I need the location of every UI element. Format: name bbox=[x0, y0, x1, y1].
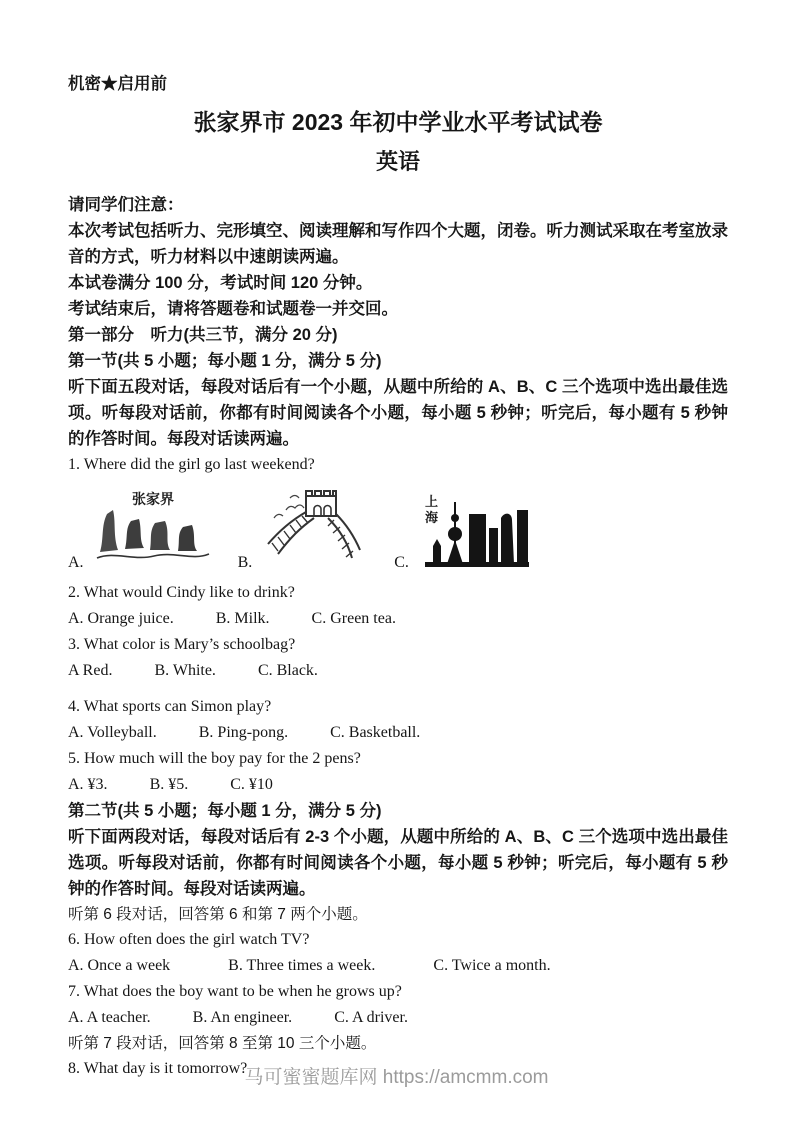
zhangjiajie-mountains-image: 张家界 bbox=[92, 488, 214, 572]
skyline-silhouette bbox=[425, 502, 529, 567]
question-6-text: 6. How often does the girl watch TV? bbox=[68, 927, 728, 953]
watermark-footer: 马可蜜蜜题库网 https://amcmm.com bbox=[0, 1062, 793, 1089]
option-a-figure: A. 张家界 bbox=[68, 488, 214, 572]
q7-option-c: C. A driver. bbox=[334, 1005, 408, 1031]
part1-heading: 第一部分 听力(共三节，满分 20 分) bbox=[68, 322, 728, 348]
q2-option-c: C. Green tea. bbox=[312, 606, 396, 632]
q6-option-b: B. Three times a week. bbox=[228, 953, 375, 979]
q5-option-a: A. ¥3. bbox=[68, 772, 108, 798]
page-content: 机密★启用前 张家界市 2023 年初中学业水平考试试卷 英语 请同学们注意： … bbox=[68, 70, 728, 1082]
option-a-caption: 张家界 bbox=[132, 491, 174, 507]
q4-option-b: B. Ping-pong. bbox=[199, 720, 288, 746]
option-a-label: A. bbox=[68, 554, 84, 572]
q3-option-b: B. White. bbox=[154, 658, 215, 684]
question-6-options: A. Once a weekB. Three times a week.C. T… bbox=[68, 953, 728, 979]
mountain-pillar-shape bbox=[125, 519, 144, 549]
option-c-figure: C. 上 海 bbox=[394, 488, 535, 572]
question-2-options: A. Orange juice.B. Milk.C. Green tea. bbox=[68, 606, 728, 632]
question-1-image-options: A. 张家界 B. bbox=[68, 484, 728, 572]
dialog-7-note: 听第 7 段对话，回答第 8 至第 10 三个小题。 bbox=[68, 1031, 728, 1056]
notice-paragraph-3: 考试结束后，请将答题卷和试题卷一并交回。 bbox=[68, 296, 728, 322]
q7-option-a: A. A teacher. bbox=[68, 1005, 151, 1031]
dialog-6-note: 听第 6 段对话，回答第 6 和第 7 两个小题。 bbox=[68, 902, 728, 927]
mountain-pillar-shape bbox=[178, 525, 197, 551]
secrecy-label: 机密★启用前 bbox=[68, 70, 728, 94]
wall-base-line-right bbox=[328, 518, 352, 558]
question-4-options: A. Volleyball.B. Ping-pong.C. Basketball… bbox=[68, 720, 728, 746]
option-b-figure: B. bbox=[238, 484, 371, 572]
question-1-text: 1. Where did the girl go last weekend? bbox=[68, 452, 728, 478]
q4-option-a: A. Volleyball. bbox=[68, 720, 157, 746]
q2-option-a: A. Orange juice. bbox=[68, 606, 174, 632]
option-b-label: B. bbox=[238, 554, 253, 572]
watchtower-arch bbox=[314, 506, 321, 517]
question-4-text: 4. What sports can Simon play? bbox=[68, 694, 728, 720]
shanghai-skyline-image: 上 海 bbox=[417, 488, 535, 572]
notice-paragraph-2: 本试卷满分 100 分，考试时间 120 分钟。 bbox=[68, 270, 728, 296]
section1-heading: 第一节(共 5 小题；每小题 1 分，满分 5 分) bbox=[68, 348, 728, 374]
section1-instructions: 听下面五段对话，每段对话后有一个小题，从题中所给的 A、B、C 三个选项中选出最… bbox=[68, 374, 728, 452]
q3-option-c: C. Black. bbox=[258, 658, 318, 684]
q6-option-c: C. Twice a month. bbox=[433, 953, 550, 979]
notice-heading: 请同学们注意： bbox=[68, 192, 728, 218]
question-5-options: A. ¥3.B. ¥5.C. ¥10 bbox=[68, 772, 728, 798]
section2-instructions: 听下面两段对话，每段对话后有 2-3 个小题，从题中所给的 A、B、C 三个选项… bbox=[68, 824, 728, 902]
option-c-label: C. bbox=[394, 554, 409, 572]
wall-base-line bbox=[278, 518, 314, 554]
notice-paragraph-1: 本次考试包括听力、完形填空、阅读理解和写作四个大题，闭卷。听力测试采取在考室放录… bbox=[68, 218, 728, 270]
mountain-pillar-shape bbox=[150, 521, 170, 550]
q2-option-b: B. Milk. bbox=[216, 606, 270, 632]
q4-option-c: C. Basketball. bbox=[330, 720, 420, 746]
question-7-options: A. A teacher.B. An engineer.C. A driver. bbox=[68, 1005, 728, 1031]
foliage-scribbles bbox=[274, 496, 304, 519]
q3-option-a: A Red. bbox=[68, 658, 112, 684]
option-c-caption-top: 上 bbox=[425, 494, 438, 509]
q7-option-b: B. An engineer. bbox=[193, 1005, 293, 1031]
question-7-text: 7. What does the boy want to be when he … bbox=[68, 979, 728, 1005]
q5-option-b: B. ¥5. bbox=[150, 772, 189, 798]
ground-line bbox=[97, 554, 209, 558]
subject-title: 英语 bbox=[68, 145, 728, 176]
page-title: 张家界市 2023 年初中学业水平考试试卷 bbox=[68, 104, 728, 137]
question-5-text: 5. How much will the boy pay for the 2 p… bbox=[68, 746, 728, 772]
question-3-options: A Red.B. White.C. Black. bbox=[68, 658, 728, 684]
question-3-text: 3. What color is Mary’s schoolbag? bbox=[68, 632, 728, 658]
option-c-caption-bottom: 海 bbox=[425, 510, 439, 525]
exam-paper-page: 机密★启用前 张家界市 2023 年初中学业水平考试试卷 英语 请同学们注意： … bbox=[0, 0, 793, 1122]
watchtower-arch bbox=[324, 506, 331, 517]
section2-heading: 第二节(共 5 小题；每小题 1 分，满分 5 分) bbox=[68, 798, 728, 824]
mountain-pillar-shape bbox=[100, 510, 118, 552]
q5-option-c: C. ¥10 bbox=[230, 772, 273, 798]
question-2-text: 2. What would Cindy like to drink? bbox=[68, 580, 728, 606]
great-wall-image bbox=[260, 484, 370, 572]
q6-option-a: A. Once a week bbox=[68, 953, 170, 979]
